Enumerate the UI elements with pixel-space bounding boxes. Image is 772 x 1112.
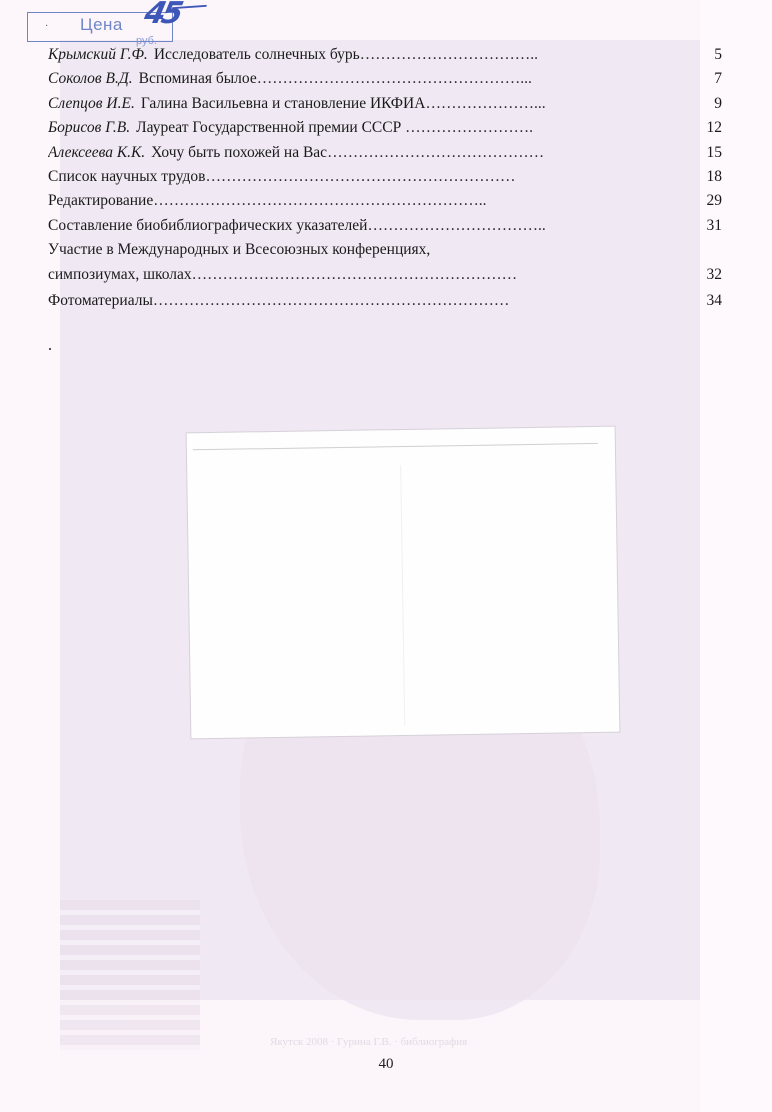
toc-entry-author: Слепцов И.Е. xyxy=(48,95,135,112)
stamp-label: Цена xyxy=(80,15,123,35)
toc-entry[interactable]: Алексеева К.К.Хочу быть похожей на Вас……… xyxy=(48,141,728,165)
toc-entry[interactable]: Фотоматериалы…………………………………………………………… 34 xyxy=(48,289,728,313)
toc-entry-page: 9 xyxy=(674,92,728,116)
label-showthrough-line xyxy=(400,465,405,725)
leader-dots: ……………………………………………………….. xyxy=(153,192,486,209)
leader-dots: …………………………….. xyxy=(360,46,538,63)
toc-entry[interactable]: Участие в Международных и Всесоюзных кон… xyxy=(48,238,728,287)
leader-dots: ……………………………………………………… xyxy=(192,266,518,283)
pasted-blank-label xyxy=(187,427,620,739)
leader-dots: ……………………. xyxy=(405,119,533,136)
toc-entry[interactable]: Составление биобиблиографических указате… xyxy=(48,214,728,238)
toc-entry-page: 12 xyxy=(674,116,728,140)
toc-entry-author: Борисов Г.В. xyxy=(48,119,130,136)
toc-entry-author: Алексеева К.К. xyxy=(48,144,145,161)
table-of-contents: Крымский Г.Ф.Исследователь солнечных бур… xyxy=(48,43,728,313)
toc-entry-title: Список научных трудов…………………………………………………… xyxy=(48,165,674,189)
stray-mark xyxy=(49,348,51,350)
toc-entry-title: Слепцов И.Е.Галина Васильевна и становле… xyxy=(48,92,674,116)
toc-entry[interactable]: Редактирование……………………………………………………….. 29 xyxy=(48,189,728,213)
toc-entry-page: 34 xyxy=(674,289,728,313)
leader-dots: …………………………………………………………… xyxy=(153,292,510,309)
leader-dots: …………………………………………………… xyxy=(205,168,515,185)
toc-entry[interactable]: Соколов В.Д.Вспоминая былое…………………………………… xyxy=(48,67,728,91)
toc-entry-title: Фотоматериалы…………………………………………………………… xyxy=(48,289,674,313)
stamp-handwritten-price: 45 xyxy=(141,0,182,31)
toc-entry-page: 18 xyxy=(674,165,728,189)
stamp-frame xyxy=(27,36,173,42)
toc-entry-title: Соколов В.Д.Вспоминая былое…………………………………… xyxy=(48,67,674,91)
toc-entry-title: Участие в Международных и Всесоюзных кон… xyxy=(48,238,674,287)
toc-entry-author: Соколов В.Д. xyxy=(48,70,133,87)
toc-entry-title: Составление биобиблиографических указате… xyxy=(48,214,674,238)
toc-entry[interactable]: Слепцов И.Е.Галина Васильевна и становле… xyxy=(48,92,728,116)
toc-entry-author: Крымский Г.Ф. xyxy=(48,46,148,63)
showthrough-caption: Якутск 2008 · Гурина Г.В. · библиография xyxy=(270,1036,467,1048)
showthrough-stripes xyxy=(60,900,200,1050)
toc-entry-page: 29 xyxy=(674,189,728,213)
toc-entry-page: 32 xyxy=(674,263,728,287)
toc-entry-page: 7 xyxy=(674,67,728,91)
leader-dots: …………………………….. xyxy=(367,217,545,234)
toc-entry-title: Алексеева К.К.Хочу быть похожей на Вас……… xyxy=(48,141,674,165)
leader-dots: ……………………………………………... xyxy=(257,70,532,87)
toc-entry-title: Борисов Г.В.Лауреат Государственной прем… xyxy=(48,116,674,140)
leader-dots: …………………... xyxy=(425,95,545,112)
toc-entry[interactable]: Борисов Г.В.Лауреат Государственной прем… xyxy=(48,116,728,140)
toc-entry[interactable]: Список научных трудов…………………………………………………… xyxy=(48,165,728,189)
toc-entry-page: 31 xyxy=(674,214,728,238)
leader-dots: …………………………………… xyxy=(327,144,544,161)
toc-entry-page: 15 xyxy=(674,141,728,165)
stamp-dot: · xyxy=(45,21,48,32)
toc-entry-title: Редактирование……………………………………………………….. xyxy=(48,189,674,213)
page-number: 40 xyxy=(0,1056,772,1073)
toc-entry-page: 5 xyxy=(674,43,728,67)
label-rule xyxy=(193,443,598,450)
